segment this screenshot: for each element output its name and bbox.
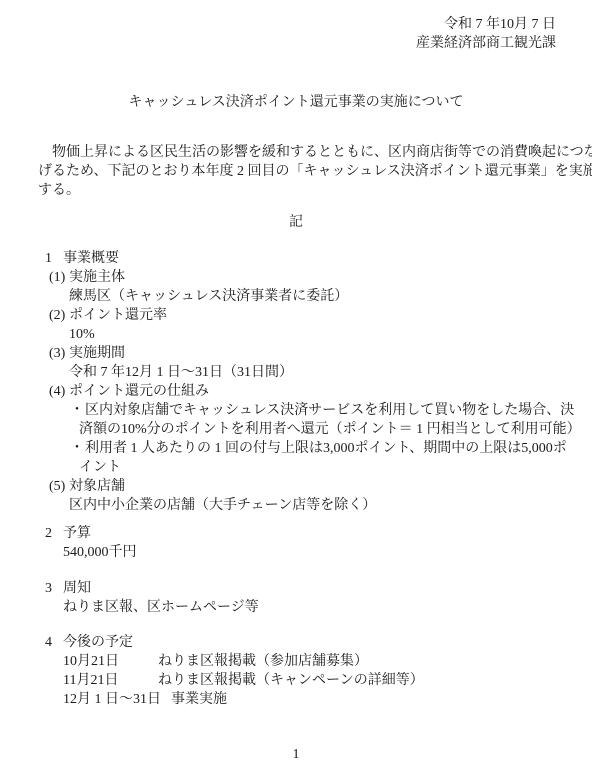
document-title: キャッシュレス決済ポイント還元事業の実施について [0, 93, 592, 112]
section-2-title: 予算 [63, 526, 91, 541]
section-2-content: 540,000千円 [0, 543, 592, 562]
schedule-row-3: 12月 1 日～31日事業実施 [0, 690, 592, 709]
intro-line-1: 物価上昇による区民生活の影響を緩和するとともに、区内商店街等での消費喚起につな [38, 143, 572, 162]
schedule-row-1-date: 10月21日 [63, 652, 158, 671]
document-page: 令和 7 年10月 7 日 産業経済部商工観光課 キャッシュレス決済ポイント還元… [0, 0, 592, 783]
document-date: 令和 7 年10月 7 日 [0, 15, 556, 34]
item-1-1-label: (1) [49, 268, 69, 287]
section-2-heading: 2予算 [0, 524, 592, 543]
record-marker: 記 [0, 213, 592, 232]
item-1-3-label: (3) [49, 344, 69, 363]
schedule-row-1: 10月21日ねりま区報掲載（参加店舗募集） [0, 652, 592, 671]
item-1-3-content: 令和 7 年12月 1 日～31日（31日間） [0, 363, 592, 382]
intro-paragraph: 物価上昇による区民生活の影響を緩和するとともに、区内商店街等での消費喚起につな … [0, 143, 592, 200]
item-1-4-label: (4) [49, 382, 69, 401]
item-1-1-title: 実施主体 [69, 270, 125, 285]
item-1-5-content: 区内中小企業の店舗（大手チェーン店等を除く） [0, 496, 592, 515]
schedule-row-1-desc: ねりま区報掲載（参加店舗募集） [158, 652, 368, 671]
item-1-3-title: 実施期間 [69, 346, 125, 361]
section-1-title: 事業概要 [63, 251, 119, 266]
item-1-5-label: (5) [49, 477, 69, 496]
schedule-row-3-date: 12月 1 日～31日 [63, 690, 171, 709]
bullet-1-marker: ・ [70, 401, 85, 420]
schedule-row-2-date: 11月21日 [63, 671, 158, 690]
schedule-row-3-desc: 事業実施 [171, 690, 227, 709]
page-number: 1 [0, 745, 592, 764]
bullet-1-line-1: ・区内対象店舗でキャッシュレス決済サービスを利用して買い物をした場合、決 [0, 401, 592, 420]
document-department: 産業経済部商工観光課 [0, 34, 556, 53]
item-1-1-content: 練馬区（キャッシュレス決済事業者に委託） [0, 287, 592, 306]
document-header: 令和 7 年10月 7 日 産業経済部商工観光課 [0, 15, 592, 53]
section-4-heading: 4今後の予定 [0, 633, 592, 652]
section-4-title: 今後の予定 [63, 635, 133, 650]
item-1-2-content: 10% [0, 325, 592, 344]
bullet-2-marker: ・ [70, 439, 85, 458]
item-1-3-heading: (3)実施期間 [0, 344, 592, 363]
item-1-4-heading: (4)ポイント還元の仕組み [0, 382, 592, 401]
bullet-2-line-1: ・利用者 1 人あたりの 1 回の付与上限は3,000ポイント、期間中の上限は5… [0, 439, 592, 458]
item-1-2-heading: (2)ポイント還元率 [0, 306, 592, 325]
item-1-2-title: ポイント還元率 [69, 308, 167, 323]
item-1-5-heading: (5)対象店舗 [0, 477, 592, 496]
section-4-number: 4 [45, 633, 63, 652]
intro-line-3: する。 [38, 181, 572, 200]
schedule-row-2: 11月21日ねりま区報掲載（キャンペーンの詳細等） [0, 671, 592, 690]
item-1-5-title: 対象店舗 [69, 479, 125, 494]
section-3-title: 周知 [63, 581, 91, 596]
section-1-number: 1 [45, 249, 63, 268]
section-3-number: 3 [45, 579, 63, 598]
schedule-row-2-desc: ねりま区報掲載（キャンペーンの詳細等） [158, 671, 424, 690]
section-3-content: ねりま区報、区ホームページ等 [0, 598, 592, 617]
bullet-2-text-2: イント [0, 458, 592, 477]
section-2-number: 2 [45, 524, 63, 543]
section-3-heading: 3周知 [0, 579, 592, 598]
bullet-1-text-1: 区内対象店舗でキャッシュレス決済サービスを利用して買い物をした場合、決 [85, 403, 574, 418]
item-1-2-label: (2) [49, 306, 69, 325]
bullet-1-text-2: 済額の10%分のポイントを利用者へ還元（ポイント＝ 1 円相当として利用可能） [0, 420, 592, 439]
intro-line-2: げるため、下記のとおり本年度 2 回目の「キャッシュレス決済ポイント還元事業」を… [38, 162, 572, 181]
bullet-2-text-1: 利用者 1 人あたりの 1 回の付与上限は3,000ポイント、期間中の上限は5,… [85, 441, 567, 456]
item-1-4-title: ポイント還元の仕組み [69, 384, 209, 399]
section-1-heading: 1事業概要 [0, 249, 592, 268]
item-1-1-heading: (1)実施主体 [0, 268, 592, 287]
